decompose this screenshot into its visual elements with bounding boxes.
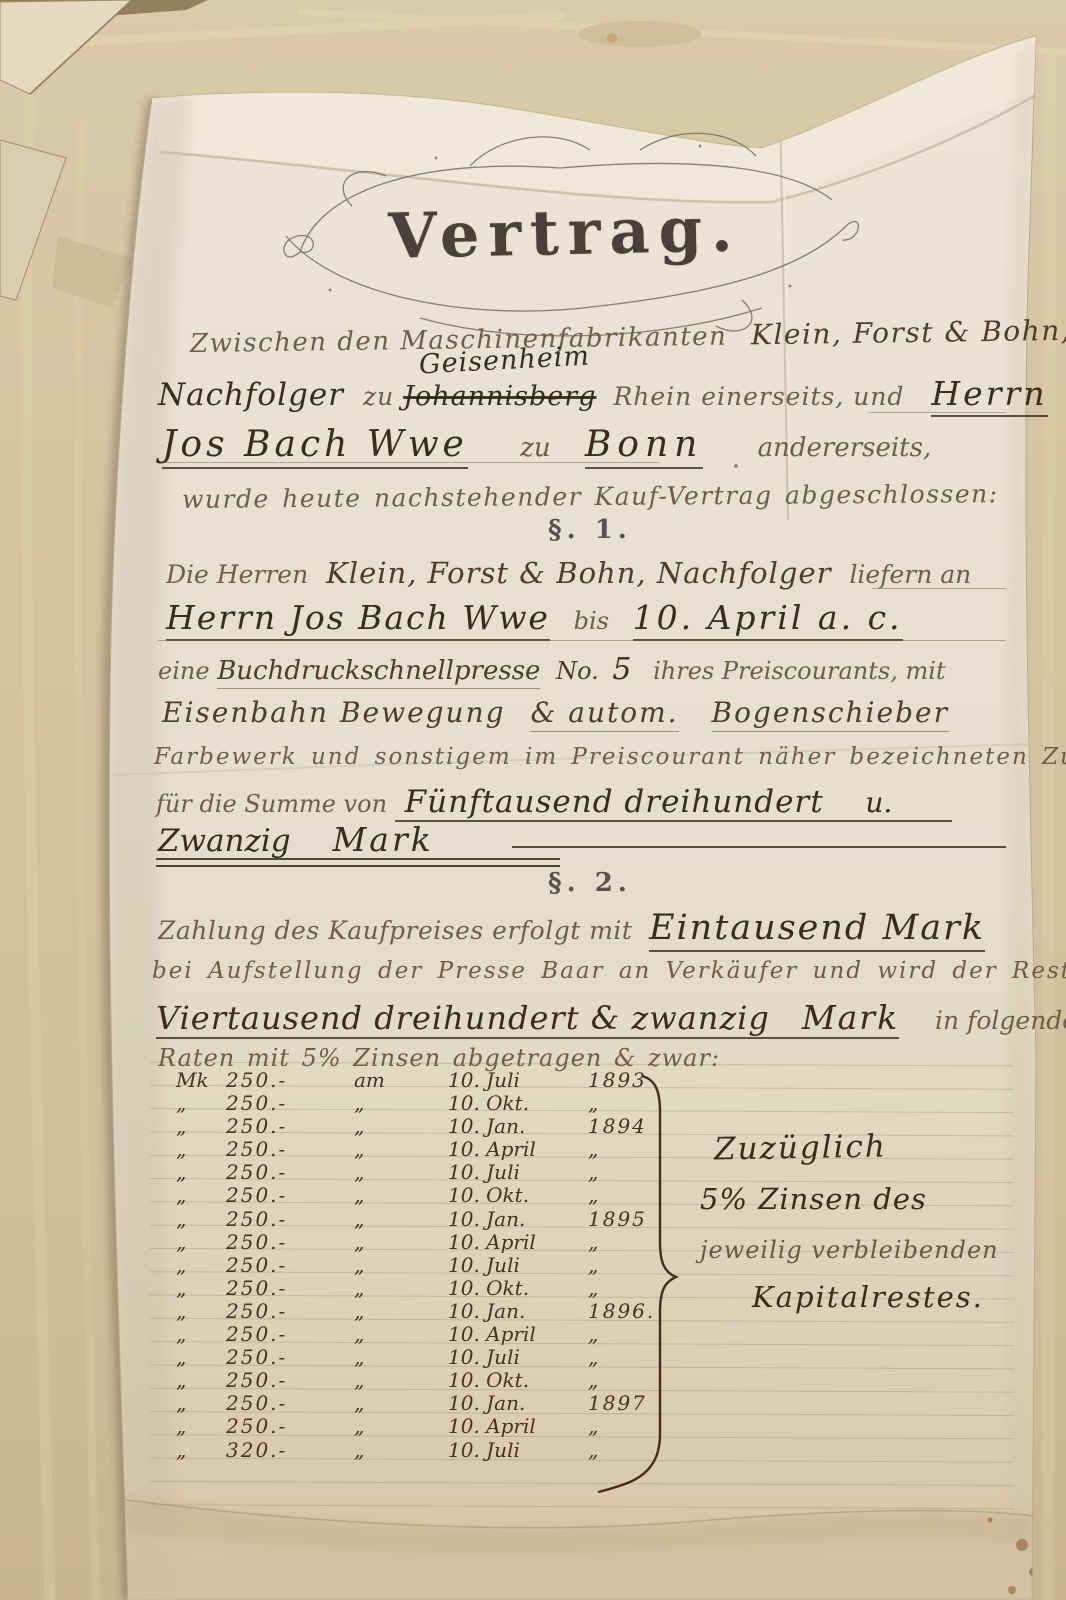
payment-currency: „ bbox=[176, 1253, 226, 1277]
intro-text: Rhein einerseits, und bbox=[613, 382, 904, 411]
table-row: „ 250.- „ 10. Juli „ bbox=[176, 1253, 680, 1276]
payment-currency: „ bbox=[176, 1183, 226, 1207]
payment-ditto-am: „ bbox=[338, 1183, 448, 1207]
machine-number-label: No. bbox=[556, 657, 599, 685]
payment-amount: 250.- bbox=[226, 1160, 338, 1184]
body-text: bis bbox=[574, 607, 609, 635]
section1-heading: §. 1. bbox=[548, 515, 632, 545]
payment-date: 10. Jan. bbox=[448, 1207, 588, 1231]
payment-amount: 250.- bbox=[226, 1068, 338, 1092]
payment-ditto-am: „ bbox=[338, 1253, 448, 1277]
payment-date: 10. Juli bbox=[448, 1160, 588, 1184]
machine-name: Buchdruckschnellpresse bbox=[217, 656, 540, 689]
payment-year: 1893 bbox=[588, 1068, 680, 1092]
payment-ditto-am: „ bbox=[338, 1299, 448, 1323]
section2-heading: §. 2. bbox=[548, 868, 632, 898]
payment-amount: 250.- bbox=[226, 1183, 338, 1207]
payment-year: „ bbox=[588, 1137, 680, 1161]
payment-amount: 250.- bbox=[226, 1207, 338, 1231]
table-row: „ 250.- „ 10. Jan. 1895 bbox=[176, 1207, 680, 1230]
remainder-amount-words: Viertausend dreihundert & zwanzig bbox=[156, 999, 770, 1037]
underline-rule bbox=[158, 640, 1006, 641]
payment-ditto-am: „ bbox=[338, 1114, 448, 1138]
payment-year: „ bbox=[588, 1160, 680, 1184]
seller-names: Klein, Forst & Bohn, Nachfolger bbox=[326, 556, 831, 590]
document-title: Vertrag. bbox=[388, 192, 742, 272]
payment-amount: 250.- bbox=[226, 1230, 338, 1254]
buyer-name: Herrn Jos Bach Wwe bbox=[166, 598, 550, 641]
wood-stain bbox=[607, 33, 617, 43]
payment-currency: „ bbox=[176, 1299, 226, 1323]
body-text: ihres Preiscourants, mit bbox=[653, 657, 945, 685]
payment-date: 10. Juli bbox=[448, 1253, 588, 1277]
intro-line-3: Jos Bach Wwe zu Bonn andererseits, bbox=[162, 424, 931, 465]
body-text: Farbewerk und sonstigem im Preiscourant … bbox=[154, 744, 1066, 770]
payment-ditto-am: „ bbox=[338, 1345, 448, 1369]
annotation-line-1: Zuzüglich bbox=[714, 1128, 887, 1167]
payment-ditto-am: „ bbox=[338, 1438, 448, 1462]
payment-ditto-am: „ bbox=[338, 1207, 448, 1231]
table-row: „ 250.- „ 10. Jan. 1897 bbox=[176, 1391, 680, 1414]
payment-currency: „ bbox=[176, 1207, 226, 1231]
payment-currency: „ bbox=[176, 1160, 226, 1184]
section2-line-1: Zahlung des Kaufpreises erfolgt mit Eint… bbox=[158, 908, 985, 948]
table-row: „ 250.- „ 10. Okt. „ bbox=[176, 1276, 680, 1299]
table-row: „ 250.- „ 10. April „ bbox=[176, 1322, 680, 1345]
payment-ditto-am: „ bbox=[338, 1391, 448, 1415]
payment-currency: Mk bbox=[176, 1068, 226, 1092]
intro-line-4: wurde heute nachstehender Kauf-Vertrag a… bbox=[182, 479, 999, 514]
table-row: Mk 250.- am 10. Juli 1893 bbox=[176, 1068, 680, 1091]
table-row: „ 250.- „ 10. Okt. „ bbox=[176, 1183, 680, 1206]
payment-date: 10. Okt. bbox=[448, 1091, 588, 1115]
annotation-line-4: Kapitalrestes. bbox=[752, 1280, 984, 1314]
payment-amount: 250.- bbox=[226, 1299, 338, 1323]
payment-year: 1894 bbox=[588, 1114, 680, 1138]
payment-currency: „ bbox=[176, 1114, 226, 1138]
payment-date: 10. Juli bbox=[448, 1068, 588, 1092]
party-seller-suffix: Nachfolger bbox=[158, 377, 344, 413]
payment-date: 10. April bbox=[448, 1137, 588, 1161]
intro-line-2: Nachfolger zu Johannisberg Geisenheim Rh… bbox=[158, 374, 1048, 413]
payment-currency: „ bbox=[176, 1391, 226, 1415]
feature-text: Bogenschieber bbox=[712, 696, 949, 732]
payment-currency: „ bbox=[176, 1137, 226, 1161]
section1-line-1: Die Herren Klein, Forst & Bohn, Nachfolg… bbox=[166, 556, 971, 590]
section1-line-3: eine Buchdruckschnellpresse No. 5 ihres … bbox=[158, 652, 946, 687]
payment-year: 1897 bbox=[588, 1391, 680, 1415]
payment-amount: 250.- bbox=[226, 1114, 338, 1138]
payment-ditto-am: „ bbox=[338, 1091, 448, 1115]
payment-date: 10. April bbox=[448, 1414, 588, 1438]
table-row: „ 250.- „ 10. Juli „ bbox=[176, 1345, 680, 1368]
body-text: liefern an bbox=[849, 560, 971, 589]
section1-line-6: für die Summe von Fünftausend dreihunder… bbox=[156, 784, 952, 820]
currency-word: Mark bbox=[332, 820, 433, 859]
annotation-text: Zuzüglich bbox=[714, 1128, 887, 1167]
payment-year: „ bbox=[588, 1276, 680, 1300]
payment-date: 10. Juli bbox=[448, 1345, 588, 1369]
payment-currency: „ bbox=[176, 1345, 226, 1369]
payment-amount: 250.- bbox=[226, 1091, 338, 1115]
intro-text: andererseits, bbox=[758, 433, 932, 463]
payment-currency: „ bbox=[176, 1091, 226, 1115]
body-text: Die Herren bbox=[166, 560, 308, 589]
underline-rule bbox=[872, 588, 1006, 589]
body-text: eine bbox=[158, 657, 210, 685]
feature-text: & autom. bbox=[530, 696, 678, 732]
intro-text: zu bbox=[363, 382, 394, 411]
section2-line-3: Viertausend dreihundert & zwanzig Mark i… bbox=[156, 998, 1066, 1037]
payment-date: 10. Okt. bbox=[448, 1183, 588, 1207]
payment-date: 10. Okt. bbox=[448, 1368, 588, 1392]
table-row: „ 250.- „ 10. Okt. „ bbox=[176, 1368, 680, 1391]
payment-date: 10. Jan. bbox=[448, 1299, 588, 1323]
price-words-main: Fünftausend dreihundert bbox=[405, 784, 824, 820]
payment-date: 10. April bbox=[448, 1230, 588, 1254]
table-row: „ 250.- „ 10. Okt. „ bbox=[176, 1091, 680, 1114]
section1-line-2: Herrn Jos Bach Wwe bis 10. April a. c. bbox=[166, 598, 903, 637]
price-words-cont: Zwanzig bbox=[158, 823, 291, 859]
payment-amount: 250.- bbox=[226, 1322, 338, 1346]
body-text: Zahlung des Kaufpreises erfolgt mit bbox=[158, 916, 632, 945]
delivery-date: 10. April a. c. bbox=[633, 598, 903, 641]
annotation-line-3: jeweilig verbleibenden bbox=[700, 1236, 999, 1264]
payment-amount: 250.- bbox=[226, 1391, 338, 1415]
section2-line-2: bei Aufstellung der Presse Baar an Verkä… bbox=[152, 958, 1066, 984]
table-row: „ 250.- „ 10. Jan. 1894 bbox=[176, 1114, 680, 1137]
annotation-text: 5% Zinsen des bbox=[700, 1182, 927, 1216]
wood-knot-shadow bbox=[578, 21, 702, 47]
underline-rule bbox=[868, 412, 1006, 413]
payment-currency: „ bbox=[176, 1438, 226, 1462]
table-row: „ 250.- „ 10. Jan. 1896. bbox=[176, 1299, 680, 1322]
annotation-text: Kapitalrestes. bbox=[752, 1280, 984, 1314]
section1-line-4: Eisenbahn Bewegung & autom. Bogenschiebe… bbox=[162, 696, 949, 729]
payment-year: 1895 bbox=[588, 1207, 680, 1231]
payment-ditto-am: „ bbox=[338, 1276, 448, 1300]
payment-year: „ bbox=[588, 1183, 680, 1207]
payment-amount: 250.- bbox=[226, 1253, 338, 1277]
payment-currency: „ bbox=[176, 1368, 226, 1392]
body-text: bei Aufstellung der Presse Baar an Verkä… bbox=[152, 958, 1066, 984]
payment-ditto-am: am bbox=[338, 1068, 448, 1092]
fill-rule bbox=[512, 846, 1006, 848]
annotation-line-2: 5% Zinsen des bbox=[700, 1182, 927, 1216]
payment-year: „ bbox=[588, 1438, 680, 1462]
section1-line-5: Farbewerk und sonstigem im Preiscourant … bbox=[154, 744, 1066, 770]
payment-ditto-am: „ bbox=[338, 1322, 448, 1346]
double-underline bbox=[156, 858, 560, 867]
payment-table: Mk 250.- am 10. Juli 1893 „ 250.- „ 10. … bbox=[176, 1068, 680, 1461]
payment-currency: „ bbox=[176, 1230, 226, 1254]
payment-ditto-am: „ bbox=[338, 1160, 448, 1184]
intro-text: zu bbox=[520, 433, 550, 463]
payment-year: „ bbox=[588, 1253, 680, 1277]
payment-ditto-am: „ bbox=[338, 1414, 448, 1438]
table-row: „ 250.- „ 10. April „ bbox=[176, 1414, 680, 1437]
photo-stage: Vertrag. Zwischen den Maschinenfabrikant… bbox=[0, 0, 1066, 1600]
payment-amount: 320.- bbox=[226, 1438, 338, 1462]
payment-date: 10. Jan. bbox=[448, 1391, 588, 1415]
payment-year: 1896. bbox=[588, 1299, 680, 1323]
payment-amount: 250.- bbox=[226, 1276, 338, 1300]
payment-year: „ bbox=[588, 1322, 680, 1346]
payment-date: 10. Jan. bbox=[448, 1114, 588, 1138]
payment-amount: 250.- bbox=[226, 1414, 338, 1438]
payment-currency: „ bbox=[176, 1276, 226, 1300]
payment-ditto-am: „ bbox=[338, 1137, 448, 1161]
downpayment-words: Eintausend Mark bbox=[649, 908, 985, 952]
body-text: für die Summe von bbox=[156, 790, 387, 818]
table-row: „ 320.- „ 10. Juli „ bbox=[176, 1438, 680, 1461]
payment-year: „ bbox=[588, 1091, 680, 1115]
payment-amount: 250.- bbox=[226, 1368, 338, 1392]
annotation-text: jeweilig verbleibenden bbox=[700, 1236, 999, 1264]
payment-amount: 250.- bbox=[226, 1345, 338, 1369]
payment-date: 10. Juli bbox=[448, 1438, 588, 1462]
remainder-currency-word: Mark bbox=[802, 998, 899, 1037]
price-words-conj: u. bbox=[865, 786, 892, 819]
payment-date: 10. April bbox=[448, 1322, 588, 1346]
payment-ditto-am: „ bbox=[338, 1368, 448, 1392]
table-row: „ 250.- „ 10. April „ bbox=[176, 1137, 680, 1160]
table-row: „ 250.- „ 10. April „ bbox=[176, 1230, 680, 1253]
payment-year: „ bbox=[588, 1414, 680, 1438]
payment-currency: „ bbox=[176, 1414, 226, 1438]
party-buyer-salutation: Herrn bbox=[931, 374, 1047, 417]
payment-date: 10. Okt. bbox=[448, 1276, 588, 1300]
party-seller: Klein, Forst & Bohn, bbox=[751, 314, 1066, 351]
struck-text: Johannisberg bbox=[403, 381, 596, 412]
correction-stack: Johannisberg Geisenheim bbox=[403, 381, 596, 412]
section1-line-7: Zwanzig Mark bbox=[158, 820, 434, 859]
payment-currency: „ bbox=[176, 1322, 226, 1346]
price-words: Fünftausend dreihundert u. bbox=[395, 790, 953, 822]
remainder-words: Viertausend dreihundert & zwanzig Mark bbox=[156, 1006, 899, 1039]
payment-ditto-am: „ bbox=[338, 1230, 448, 1254]
intro-text: wurde heute nachstehender Kauf-Vertrag a… bbox=[182, 479, 999, 514]
payment-year: „ bbox=[588, 1368, 680, 1392]
underline-rule bbox=[160, 462, 660, 463]
payment-amount: 250.- bbox=[226, 1137, 338, 1161]
body-text: in folgenden bbox=[935, 1006, 1066, 1035]
machine-number: 5 bbox=[612, 652, 631, 687]
table-row: „ 250.- „ 10. Juli „ bbox=[176, 1160, 680, 1183]
feature-text: Eisenbahn Bewegung bbox=[162, 696, 506, 729]
payment-year: „ bbox=[588, 1230, 680, 1254]
payment-year: „ bbox=[588, 1345, 680, 1369]
